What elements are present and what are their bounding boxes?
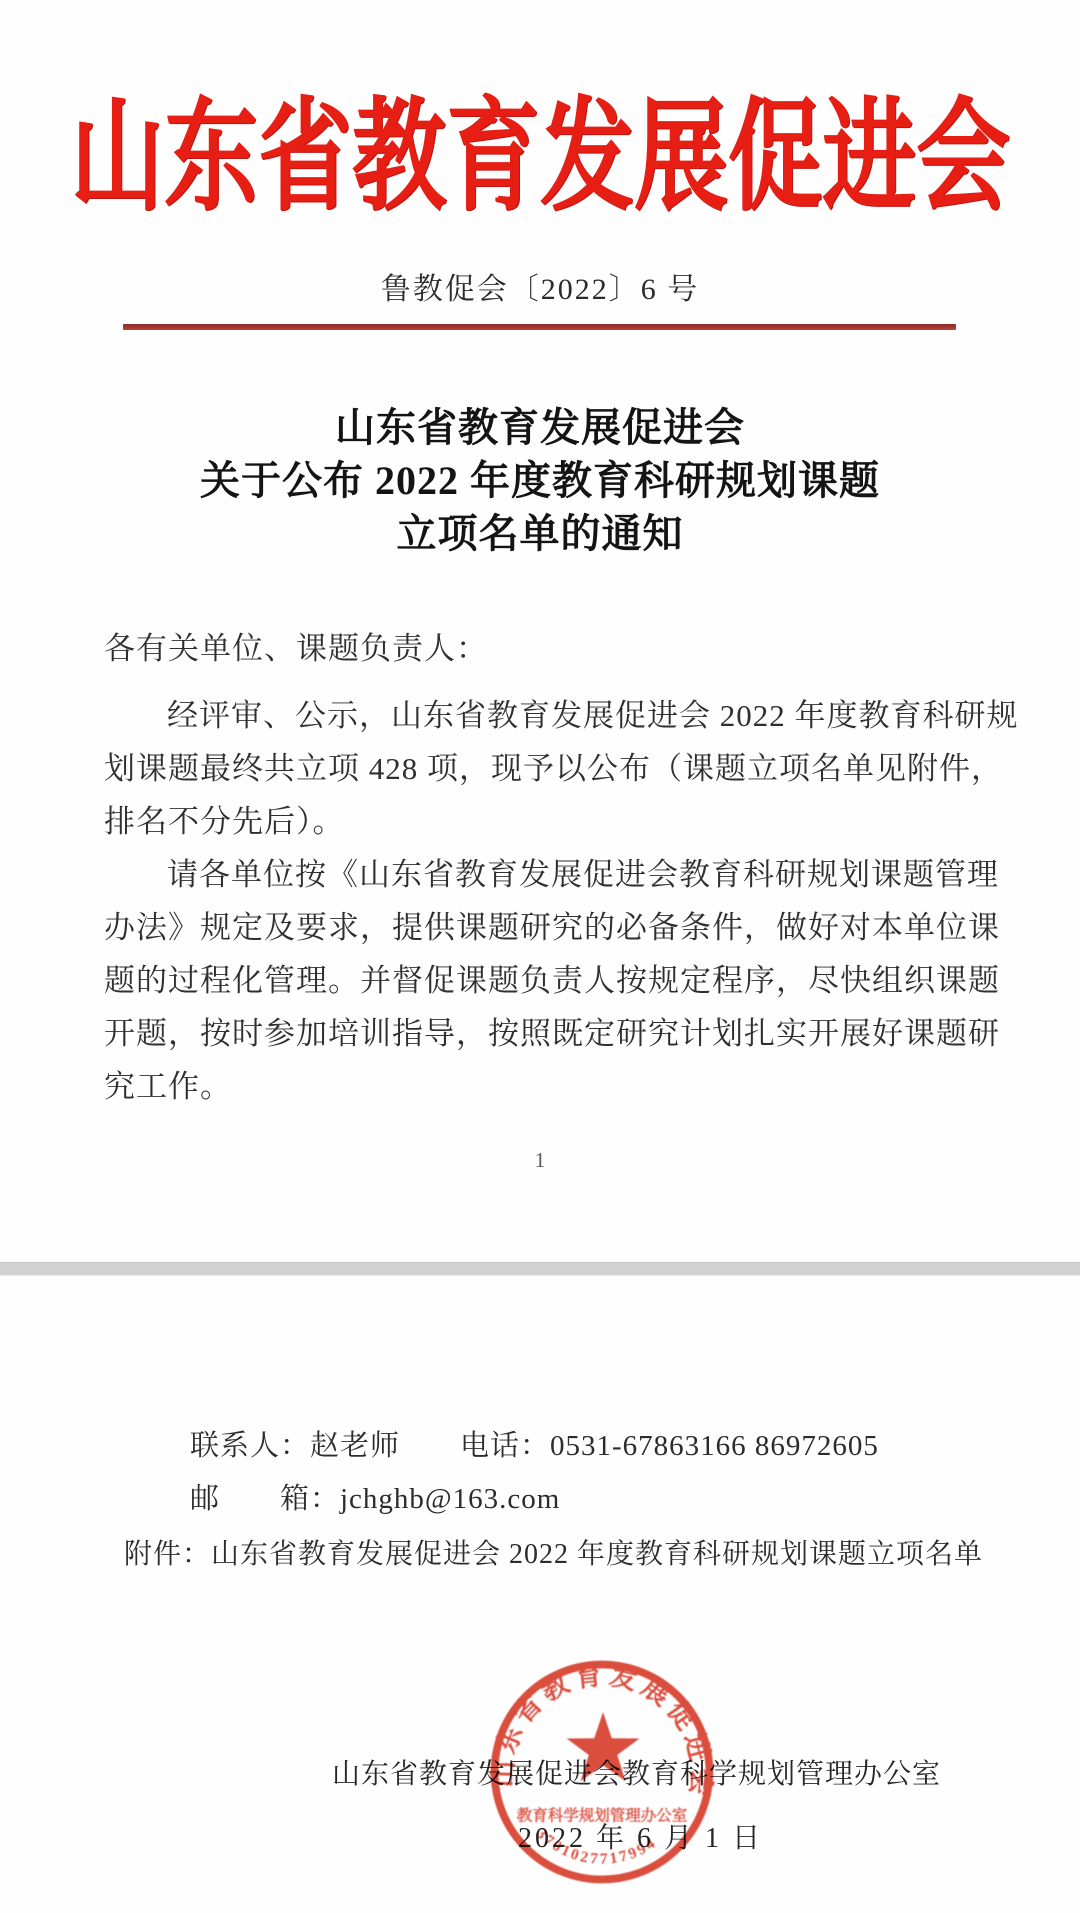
letterhead-org-name: 山东省教育发展促进会 [0, 58, 1080, 234]
body-line: 开题，按时参加培训指导，按照既定研究计划扎实开展好课题研 [104, 1007, 980, 1060]
salutation: 各有关单位、课题负责人： [104, 622, 980, 675]
body-line: 究工作。 [104, 1060, 980, 1113]
contact-email-line: 邮 箱：jchghb@163.com [190, 1473, 879, 1526]
body-line: 办法》规定及要求，提供课题研究的必备条件，做好对本单位课 [104, 901, 980, 954]
issue-date: 2022 年 6 月 1 日 [518, 1816, 763, 1856]
document-number: 鲁教促会〔2022〕6 号 [0, 264, 1080, 308]
document-title: 山东省教育发展促进会 关于公布 2022 年度教育科研规划课题 立项名单的通知 [0, 401, 1080, 560]
contact-block: 联系人：赵老师 电话：0531-67863166 86972605 邮 箱：jc… [190, 1420, 879, 1526]
document-body: 各有关单位、课题负责人： 经评审、公示，山东省教育发展促进会 2022 年度教育… [104, 622, 980, 1113]
page-number: 1 [0, 1148, 1080, 1173]
body-line: 经评审、公示，山东省教育发展促进会 2022 年度教育科研规 [104, 689, 980, 742]
body-line: 请各单位按《山东省教育发展促进会教育科研规划课题管理 [104, 848, 980, 901]
body-line: 划课题最终共立项 428 项，现予以公布（课题立项名单见附件， [104, 742, 980, 795]
document-title-line-1: 山东省教育发展促进会 [0, 401, 1080, 454]
body-line: 排名不分先后）。 [104, 795, 980, 848]
document-title-line-2: 关于公布 2022 年度教育科研规划课题 [0, 454, 1080, 507]
document-page: 山东省教育发展促进会 鲁教促会〔2022〕6 号 山东省教育发展促进会 关于公布… [0, 0, 1080, 1913]
contact-person-line: 联系人：赵老师 电话：0531-67863166 86972605 [190, 1420, 879, 1473]
attachment-line: 附件：山东省教育发展促进会 2022 年度教育科研规划课题立项名单 [124, 1532, 983, 1572]
document-title-line-3: 立项名单的通知 [0, 507, 1080, 560]
page-break-divider [0, 1262, 1080, 1276]
issuing-office-signature: 山东省教育发展促进会教育科学规划管理办公室 [332, 1752, 941, 1792]
letterhead-red-rule [123, 324, 956, 330]
body-line: 题的过程化管理。并督促课题负责人按规定程序，尽快组织课题 [104, 954, 980, 1007]
